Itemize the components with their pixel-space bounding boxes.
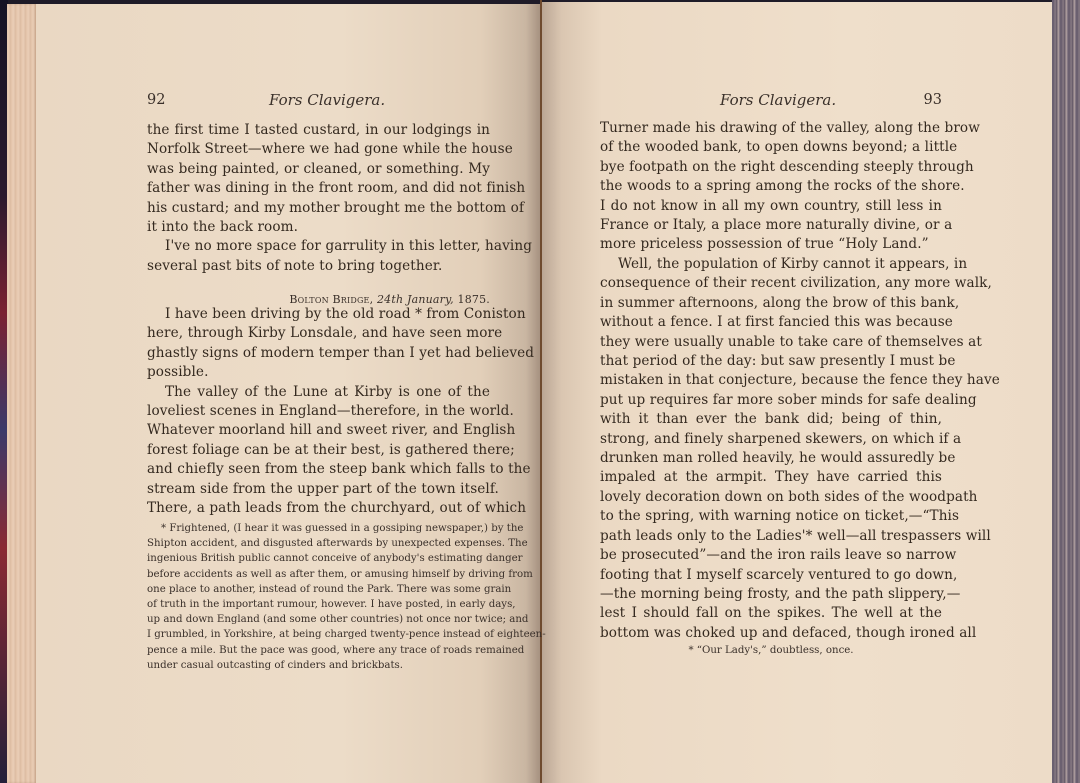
left-paragraph-1: the first time I tasted custard, in our …	[147, 121, 490, 276]
text-line: path leads only to the Ladies'* well—all…	[600, 527, 942, 546]
right-page-number: 93	[924, 92, 942, 108]
text-line: ghastly signs of modern temper than I ye…	[147, 344, 490, 363]
text-line: Norfolk Street—where we had gone while t…	[147, 140, 490, 159]
text-line: it into the back room.	[147, 218, 490, 237]
text-line: mistaken in that conjecture, because the…	[600, 371, 942, 390]
left-running-title: Fors Clavigera.	[269, 91, 385, 109]
text-line: his custard; and my mother brought me th…	[147, 199, 490, 218]
footnote-line: one place to another, instead of round t…	[147, 582, 490, 597]
text-line: impaled at the armpit. They have carried…	[600, 468, 942, 487]
text-line: and chiefly seen from the steep bank whi…	[147, 460, 490, 479]
text-line: the first time I tasted custard, in our …	[147, 121, 490, 140]
text-line: without a fence. I at first fancied this…	[600, 313, 942, 332]
footnote-line: up and down England (and some other coun…	[147, 612, 490, 627]
text-line: lovely decoration down on both sides of …	[600, 488, 942, 507]
right-page-edges	[1052, 0, 1080, 783]
text-line: put up requires far more sober minds for…	[600, 391, 942, 410]
text-line: more priceless possession of true “Holy …	[600, 235, 942, 254]
text-line: be prosecuted”—and the iron rails leave …	[600, 546, 942, 565]
text-line: several past bits of note to bring toget…	[147, 257, 490, 276]
text-line: France or Italy, a place more naturally …	[600, 216, 942, 235]
text-line: to the spring, with warning notice on ti…	[600, 507, 942, 526]
text-line: drunken man rolled heavily, he would ass…	[600, 449, 942, 468]
text-line: footing that I myself scarcely ventured …	[600, 566, 942, 585]
text-line: possible.	[147, 363, 490, 382]
text-line: with it than ever the bank did; being of…	[600, 410, 942, 429]
footnote-line: * Frightened, (I hear it was guessed in …	[147, 521, 490, 536]
right-running-title: Fors Clavigera.	[720, 91, 836, 109]
book-spine-gutter	[540, 0, 542, 783]
right-paragraph-2: Well, the population of Kirby cannot it …	[600, 255, 942, 643]
text-line: lest I should fall on the spikes. The we…	[600, 604, 942, 623]
text-line: father was dining in the front room, and…	[147, 179, 490, 198]
text-line: Whatever moorland hill and sweet river, …	[147, 421, 490, 440]
text-line: that period of the day: but saw presentl…	[600, 352, 942, 371]
footnote-line: pence a mile. But the pace was good, whe…	[147, 643, 490, 658]
footnote-line: of truth in the important rumour, howeve…	[147, 597, 490, 612]
text-line: There, a path leads from the churchyard,…	[147, 499, 490, 518]
text-line: stream side from the upper part of the t…	[147, 480, 490, 499]
text-line: the woods to a spring among the rocks of…	[600, 177, 942, 196]
left-footnote: * Frightened, (I hear it was guessed in …	[147, 521, 490, 673]
text-line: forest foliage can be at their best, is …	[147, 441, 490, 460]
text-line: consequence of their recent civilization…	[600, 274, 942, 293]
text-line: in summer afternoons, along the brow of …	[600, 294, 942, 313]
text-line: Turner made his drawing of the valley, a…	[600, 119, 942, 138]
left-paragraph-2: I have been driving by the old road * fr…	[147, 305, 490, 518]
text-line: I have been driving by the old road * fr…	[147, 305, 490, 324]
text-line: bottom was choked up and defaced, though…	[600, 624, 942, 643]
footnote-line: ingenious British public cannot conceive…	[147, 551, 490, 566]
text-line: I do not know in all my own country, sti…	[600, 197, 942, 216]
text-line: Well, the population of Kirby cannot it …	[600, 255, 942, 274]
text-line: I've no more space for garrulity in this…	[147, 237, 490, 256]
text-line: they were usually unable to take care of…	[600, 333, 942, 352]
left-page-number: 92	[147, 92, 165, 108]
text-line: strong, and finely sharpened skewers, on…	[600, 430, 942, 449]
left-page-edges	[7, 4, 37, 783]
text-line: was being painted, or cleaned, or someth…	[147, 160, 490, 179]
footnote-line: under casual outcasting of cinders and b…	[147, 658, 490, 673]
text-line: —the morning being frosty, and the path …	[600, 585, 942, 604]
text-line: here, through Kirby Lonsdale, and have s…	[147, 324, 490, 343]
text-line: bye footpath on the right descending ste…	[600, 158, 942, 177]
right-paragraph-1: Turner made his drawing of the valley, a…	[600, 119, 942, 255]
right-footnote: * “Our Lady's,” doubtless, once.	[600, 645, 942, 656]
text-line: of the wooded bank, to open downs beyond…	[600, 138, 942, 157]
footnote-line: Shipton accident, and disgusted afterwar…	[147, 536, 490, 551]
footnote-line: I grumbled, in Yorkshire, at being charg…	[147, 627, 490, 642]
text-line: The valley of the Lune at Kirby is one o…	[147, 383, 490, 402]
footnote-line: before accidents as well as after them, …	[147, 567, 490, 582]
text-line: loveliest scenes in England—therefore, i…	[147, 402, 490, 421]
